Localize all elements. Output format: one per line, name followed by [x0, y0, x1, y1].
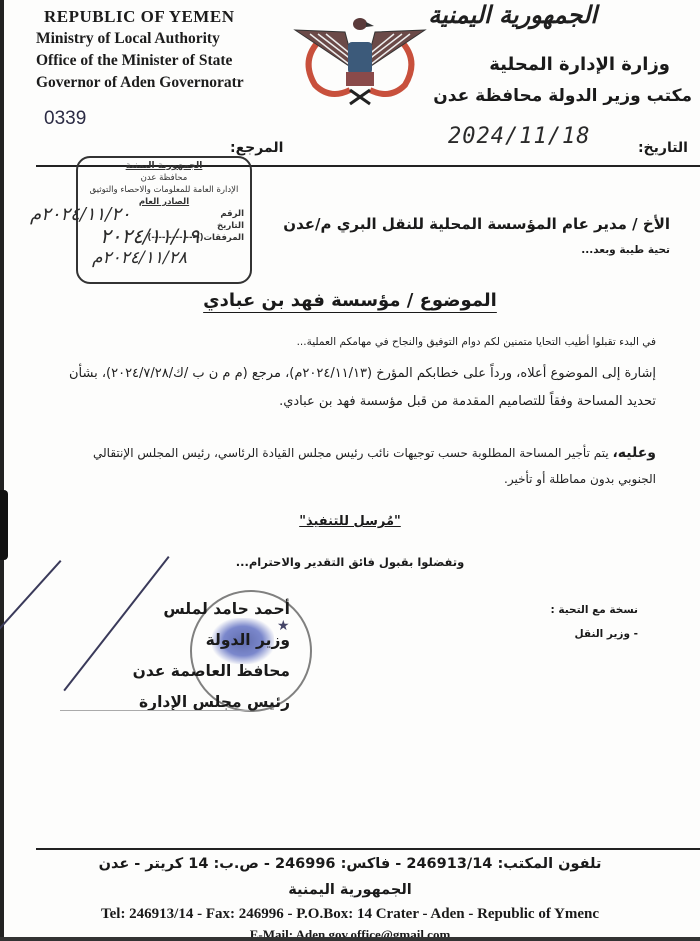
directive-text: يتم تأجير المساحة المطلوبة حسب توجيهات ن… [93, 446, 656, 486]
paragraph-opening: في البدء تقبلوا أطيب التحايا متمنين لكم … [56, 336, 656, 348]
governor-en: Governor of Aden Governoratr [36, 72, 244, 94]
subject-line: الموضوع / مؤسسة فهد بن عبادي [0, 290, 700, 311]
country-ar: الجمهورية اليمنية [397, 0, 597, 29]
stamp-number-handwritten: ٢٠٢٤/١١/١٩ [100, 224, 199, 248]
copy-to-label: نسخة مع التحية : [551, 598, 638, 622]
copy-to-item: - وزير النقل [551, 622, 638, 646]
date-handwritten: 2024/11/18 [448, 124, 590, 149]
signature-stroke-icon [0, 560, 61, 688]
signatory-title-2: محافظ العاصمة عدن [70, 656, 290, 687]
english-letterhead: REPUBLIC OF YEMEN Ministry of Local Auth… [36, 6, 244, 94]
stamp-line-2: محافظة عدن [78, 172, 250, 184]
stamp-line-1: الجمهورية اليمنية [78, 160, 250, 172]
stamp-line-3: الإدارة العامة للمعلومات والاحصاء والتوث… [78, 184, 250, 196]
subject-text: الموضوع / مؤسسة فهد بن عبادي [203, 290, 497, 311]
stamp-date-handwritten: ٢٠٢٤/١١/٢٨م [92, 248, 187, 268]
date-label: التاريخ: [638, 140, 688, 156]
recipient: الأخ / مدير عام المؤسسة المحلية للنقل ال… [283, 215, 670, 233]
office-en: Office of the Minister of State [36, 50, 244, 72]
margin-handwritten-date: ٢٠٢٤/١١/٢٠م [30, 204, 131, 225]
scan-bottom-edge [0, 937, 700, 941]
office-ar: مكتب وزير الدولة محافظة عدن [392, 86, 692, 106]
greeting: تحية طيبة وبعد... [581, 244, 670, 256]
footer-country-ar: الجمهورية اليمنية [0, 882, 700, 898]
paragraph-directive: وعليه، يتم تأجير المساحة المطلوبة حسب تو… [56, 440, 656, 492]
country-en: REPUBLIC OF YEMEN [36, 6, 244, 28]
paragraph-reference: إشارة إلى الموضوع أعلاه، ورداً على خطابك… [56, 360, 656, 416]
copy-to-block: نسخة مع التحية : - وزير النقل [551, 598, 638, 646]
execution-note: "مُرسل للتنفيذ" [0, 510, 700, 529]
document-number: 0339 [44, 108, 86, 130]
footer-contact-ar: تلفون المكتب: 246913/14 - فاكس: 246996 -… [0, 856, 700, 872]
ministry-ar: وزارة الإدارة المحلية [370, 54, 670, 75]
signature-underline [60, 710, 250, 711]
signature-block: أحمد حامد لملس وزير الدولة محافظ العاصمة… [70, 594, 290, 718]
signatory-name: أحمد حامد لملس [70, 594, 290, 625]
signatory-title-3: رئيس مجلس الإدارة [70, 687, 290, 718]
reference-label: المرجع: [230, 140, 283, 156]
scan-left-edge [0, 0, 4, 941]
directive-lead: وعليه، [612, 445, 656, 461]
ministry-en: Ministry of Local Authority [36, 28, 244, 50]
closing-line: وتفضلوا بقبول فائق التقدير والاحترام... [0, 555, 700, 569]
footer-contact-en: Tel: 246913/14 - Fax: 246996 - P.O.Box: … [0, 906, 700, 923]
footer-divider [36, 848, 700, 850]
execution-note-text: "مُرسل للتنفيذ" [299, 514, 401, 529]
